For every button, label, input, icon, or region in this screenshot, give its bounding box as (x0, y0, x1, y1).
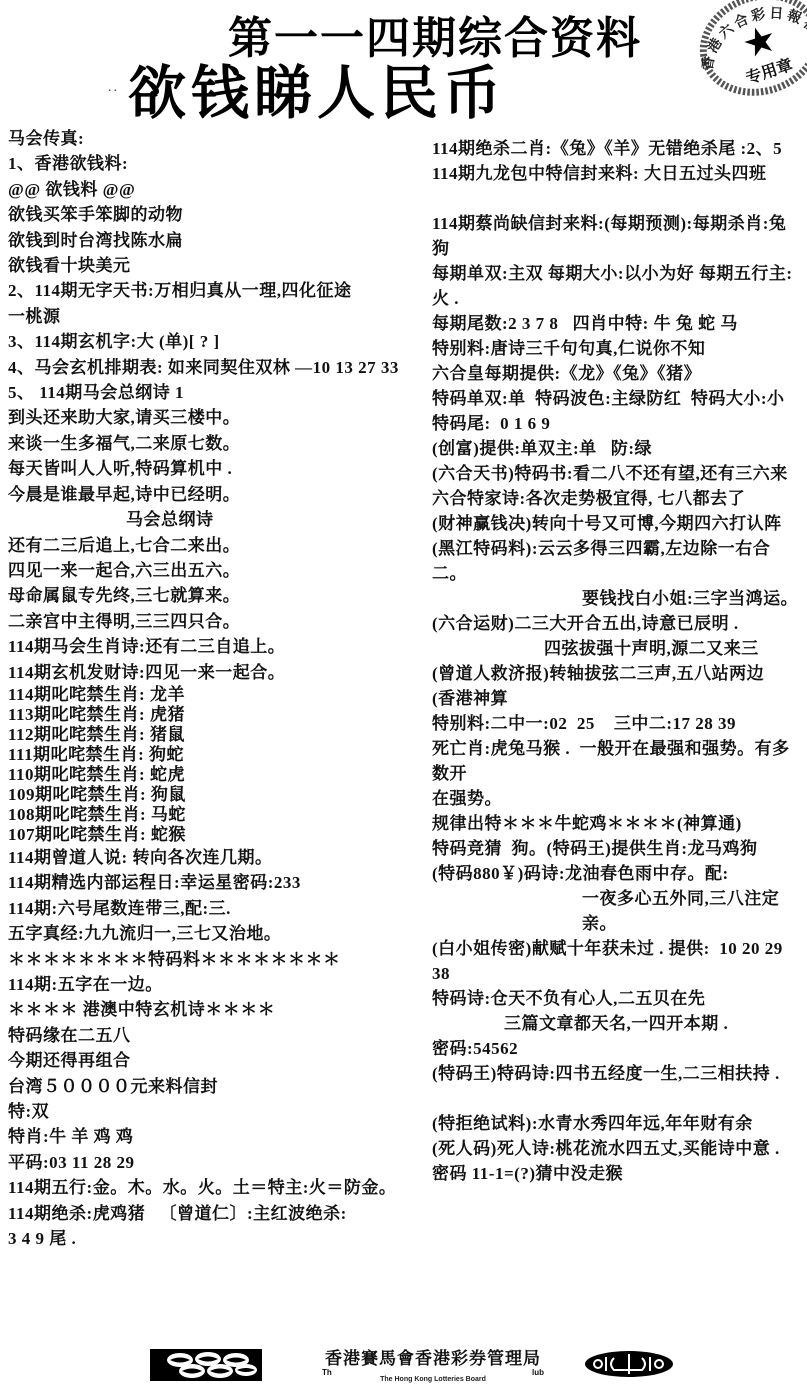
text-line: 特肖:牛 羊 鸡 鸡 (8, 1124, 426, 1149)
text-line: 平码:03 11 28 29 (8, 1150, 426, 1175)
margin-dots: .. (108, 80, 119, 96)
text-line: 特码尾: 0 1 6 9 (432, 411, 804, 436)
text-line: 3 4 9 尾 . (8, 1226, 426, 1251)
official-stamp: 香港六合彩日報社 ★ 专用章 (672, 0, 807, 128)
text-line: 四弦拔强十声明,源二又来三 (432, 636, 804, 661)
text-line: 三篇文章都天名,一四开本期 . (432, 1011, 804, 1036)
text-line: (创富)提供:单双主:单 防:绿 (432, 436, 804, 461)
text-line: 特码竞猜 狗。(特码王)提供生肖:龙马鸡狗 (432, 836, 804, 861)
text-line: (六合运财)二三大开合五出,诗意已辰明 . (432, 611, 804, 636)
text-line: 108期叱咤禁生肖: 马蛇 (8, 805, 426, 825)
left-column: 马会传真:1、香港欲钱料:@@ 欲钱料 @@欲钱买笨手笨脚的动物欲钱到时台湾找陈… (8, 126, 426, 1251)
text-line: 114期叱咤禁生肖: 龙羊 (8, 685, 426, 705)
text-line: 今期还得再组合 (8, 1048, 426, 1073)
footer-org-name-en: The Hong Kong Lotteries Board (288, 1376, 578, 1384)
oval-logo (584, 1350, 674, 1383)
text-line: (曾道人救济报)转轴拔弦二三声,五八站两边 (432, 661, 804, 686)
text-line: (死人码)死人诗:桃花流水四五丈,买能诗中意 . (432, 1136, 804, 1161)
text-line: 每期单双:主双 每期大小:以小为好 每期五行主:火 . (432, 261, 804, 311)
text-line: 114期绝杀二肖:《兔》《羊》无错绝杀尾 :2、5 (432, 136, 804, 161)
text-line: 六合皇每期提供:《龙》《兔》《猪》 (432, 361, 804, 386)
footer-org: 香港賽馬會香港彩券管理局 Th lub The Hong Kong Lotter… (288, 1344, 578, 1384)
text-line: 在强势。 (432, 786, 804, 811)
text-line: (特码880￥)码诗:龙油春色雨中存。配: (432, 861, 804, 886)
page-subtitle: 欲钱睇人民币 (128, 46, 506, 130)
text-line: 四见一来一起合,六三出五六。 (8, 558, 426, 583)
text-line: (白小姐传密)献赋十年获未过 . 提供: 10 20 29 38 (432, 936, 804, 986)
stamp-star-icon: ★ (737, 17, 782, 67)
text-line: 107期叱咤禁生肖: 蛇猴 (8, 825, 426, 845)
text-line: (财神赢钱决)转向十号又可博,今期四六打认阵 (432, 511, 804, 536)
text-line: 欲钱买笨手笨脚的动物 (8, 202, 426, 227)
text-line: (特拒绝试料):水青水秀四年远,年年财有余 (432, 1111, 804, 1136)
text-line: 到头还来助大家,请买三楼中。 (8, 405, 426, 430)
text-line: 111期叱咤禁生肖: 狗蛇 (8, 745, 426, 765)
text-line: 114期九龙包中特信封来料: 大日五过头四班 (432, 161, 804, 186)
text-line: 特别料:二中一:02 25 三中二:17 28 39 (432, 711, 804, 736)
text-line: 特码诗:仓天不负有心人,二五贝在先 (432, 986, 804, 1011)
text-line: 114期五行:金。木。水。火。土＝特主:火＝防金。 (8, 1175, 426, 1200)
text-line: 马会总纲诗 (8, 507, 426, 532)
footer-en-right: lub (532, 1369, 544, 1376)
text-line: 每天皆叫人人听,特码算机中 . (8, 456, 426, 481)
text-line: 规律出特＊＊＊牛蛇鸡＊＊＊＊(神算通) (432, 811, 804, 836)
text-line: 二亲宫中主得明,三三四只合。 (8, 609, 426, 634)
footer-org-name-cn: 香港賽馬會香港彩券管理局 (288, 1344, 578, 1369)
text-line: 113期叱咤禁生肖: 虎猪 (8, 705, 426, 725)
text-line: 特别料:唐诗三千句句真,仁说你不知 (432, 336, 804, 361)
text-line: 114期:六号尾数连带三,配:三. (8, 896, 426, 921)
text-line: 114期马会生肖诗:还有二三自追上。 (8, 634, 426, 659)
right-column: 114期绝杀二肖:《兔》《羊》无错绝杀尾 :2、5114期九龙包中特信封来料: … (432, 136, 804, 1186)
text-line: 密码 11-1=(?)猜中没走猴 (432, 1161, 804, 1186)
text-line: 114期绝杀:虎鸡猪 〔曾道仁〕:主红波绝杀: (8, 1201, 426, 1226)
text-line: ＊＊＊＊ 港澳中特玄机诗＊＊＊＊ (8, 997, 426, 1022)
text-line: (香港神算 (432, 686, 804, 711)
text-line: 五字真经:九九流归一,三七又治地。 (8, 921, 426, 946)
footer: 香港賽馬會香港彩券管理局 Th lub The Hong Kong Lotter… (0, 1344, 807, 1388)
text-line: 114期精选内部运程日:幸运星密码:233 (8, 870, 426, 895)
text-line: 来谈一生多福气,二来原七数。 (8, 431, 426, 456)
text-line: 特码缘在二五八 (8, 1023, 426, 1048)
jockey-club-logo (150, 1349, 262, 1386)
text-line: 欲钱到时台湾找陈水扁 (8, 228, 426, 253)
text-line: 2、114期无字天书:万相归真从一理,四化征途 (8, 278, 426, 303)
text-line: 每期尾数:2 3 7 8 四肖中特: 牛 兔 蛇 马 (432, 311, 804, 336)
text-line: 特:双 (8, 1099, 426, 1124)
text-line: (六合天书)特码书:看二八不还有望,还有三六来 (432, 461, 804, 486)
text-line: 一桃源 (8, 304, 426, 329)
text-line: 特码单双:单 特码波色:主绿防红 特码大小:小 (432, 386, 804, 411)
text-line: @@ 欲钱料 @@ (8, 177, 426, 202)
text-line: 今晨是谁最早起,诗中已经明。 (8, 482, 426, 507)
stamp-graphic: 香港六合彩日報社 ★ 专用章 (672, 0, 807, 128)
text-line: 六合特家诗:各次走势极宜得, 七八都去了 (432, 486, 804, 511)
text-line: 114期曾道人说: 转向各次连几期。 (8, 845, 426, 870)
footer-en-left: Th (322, 1369, 332, 1376)
text-line: 3、114期玄机字:大 (单)[ ? ] (8, 329, 426, 354)
text-line: 密码:54562 (432, 1036, 804, 1061)
text-line: 114期玄机发财诗:四见一来一起合。 (8, 660, 426, 685)
page: .. 第一一四期综合资料 欲钱睇人民币 香港六合彩日報社 ★ 专用章 马会传真:… (0, 0, 807, 1388)
text-line: 5、 114期马会总纲诗 1 (8, 380, 426, 405)
footer-org-name-en-partial: Th lub (288, 1369, 578, 1376)
text-line: 114期蔡尚缺信封来料:(每期预测):每期杀肖:兔 狗 (432, 211, 804, 261)
text-line: 母命属鼠专先终,三七就算来。 (8, 583, 426, 608)
text-line: ＊＊＊＊＊＊＊＊特码料＊＊＊＊＊＊＊＊ (8, 947, 426, 972)
text-line: 114期:五字在一边。 (8, 972, 426, 997)
text-line: 1、香港欲钱料: (8, 151, 426, 176)
text-line: 112期叱咤禁生肖: 猪鼠 (8, 725, 426, 745)
text-line: 4、马会玄机排期表: 如来同契住双林 —10 13 27 33 (8, 355, 426, 380)
text-line: 还有二三后追上,七合二来出。 (8, 533, 426, 558)
text-line: 死亡肖:虎兔马猴 . 一般开在最强和强势。有多数开 (432, 736, 804, 786)
text-line: 一夜多心五外同,三八注定亲。 (432, 886, 804, 936)
text-line: 110期叱咤禁生肖: 蛇虎 (8, 765, 426, 785)
text-line: 马会传真: (8, 126, 426, 151)
text-line: 要钱找白小姐:三字当鸿运。 (432, 586, 804, 611)
text-line: (特码王)特码诗:四书五经度一生,二三相扶持 . (432, 1061, 804, 1086)
text-line: 109期叱咤禁生肖: 狗鼠 (8, 785, 426, 805)
text-line: 台湾５００００元来料信封 (8, 1074, 426, 1099)
text-line: (黑江特码料):云云多得三四霸,左边除一右合二。 (432, 536, 804, 586)
text-line: 欲钱看十块美元 (8, 253, 426, 278)
